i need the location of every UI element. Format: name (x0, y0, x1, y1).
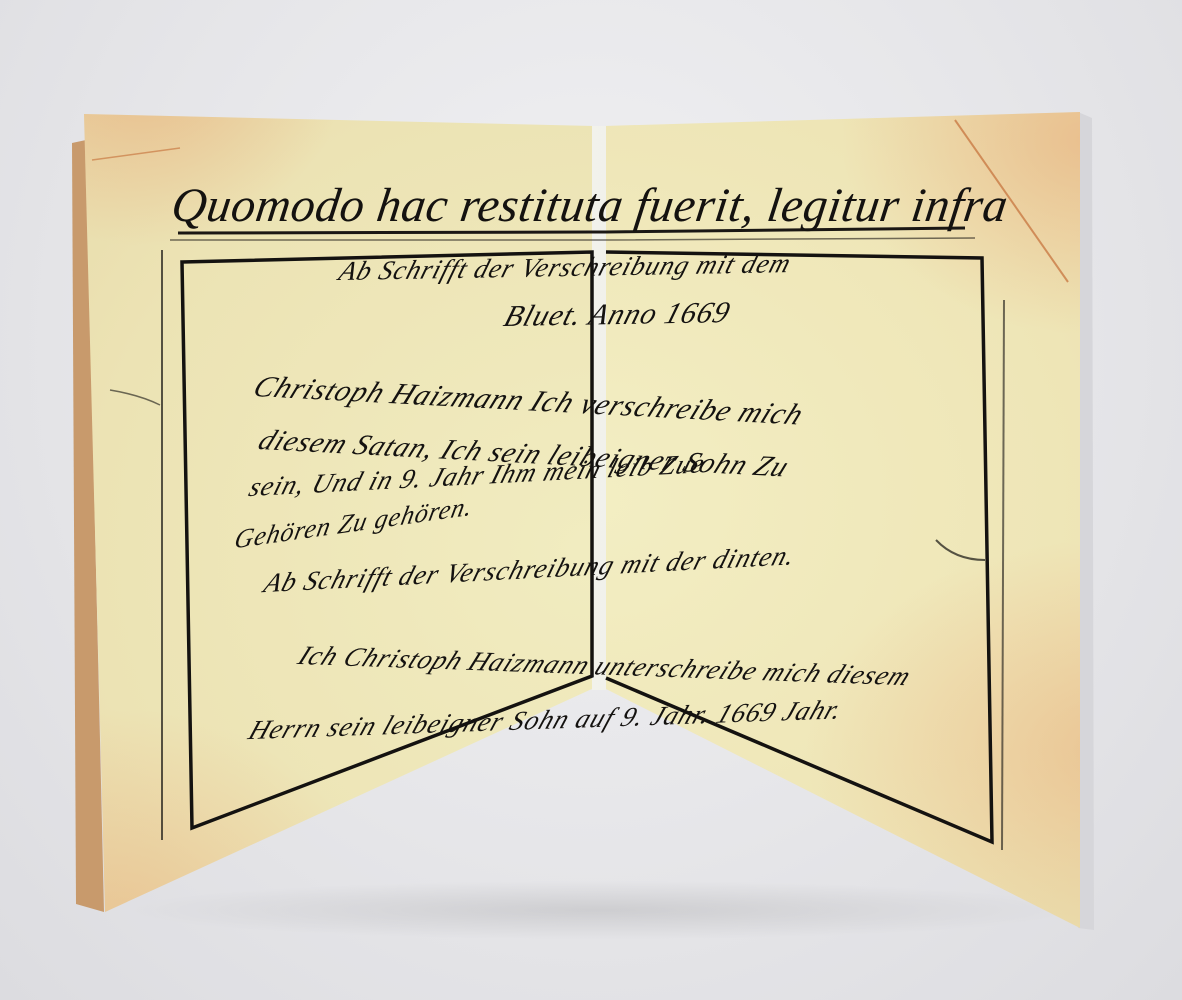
manuscript-line-2: Bluet. Anno 1669 (500, 296, 735, 334)
manuscript-frame (0, 0, 1182, 1000)
manuscript-heading: Quomodo hac restituta fuerit, legitur in… (168, 178, 1011, 233)
